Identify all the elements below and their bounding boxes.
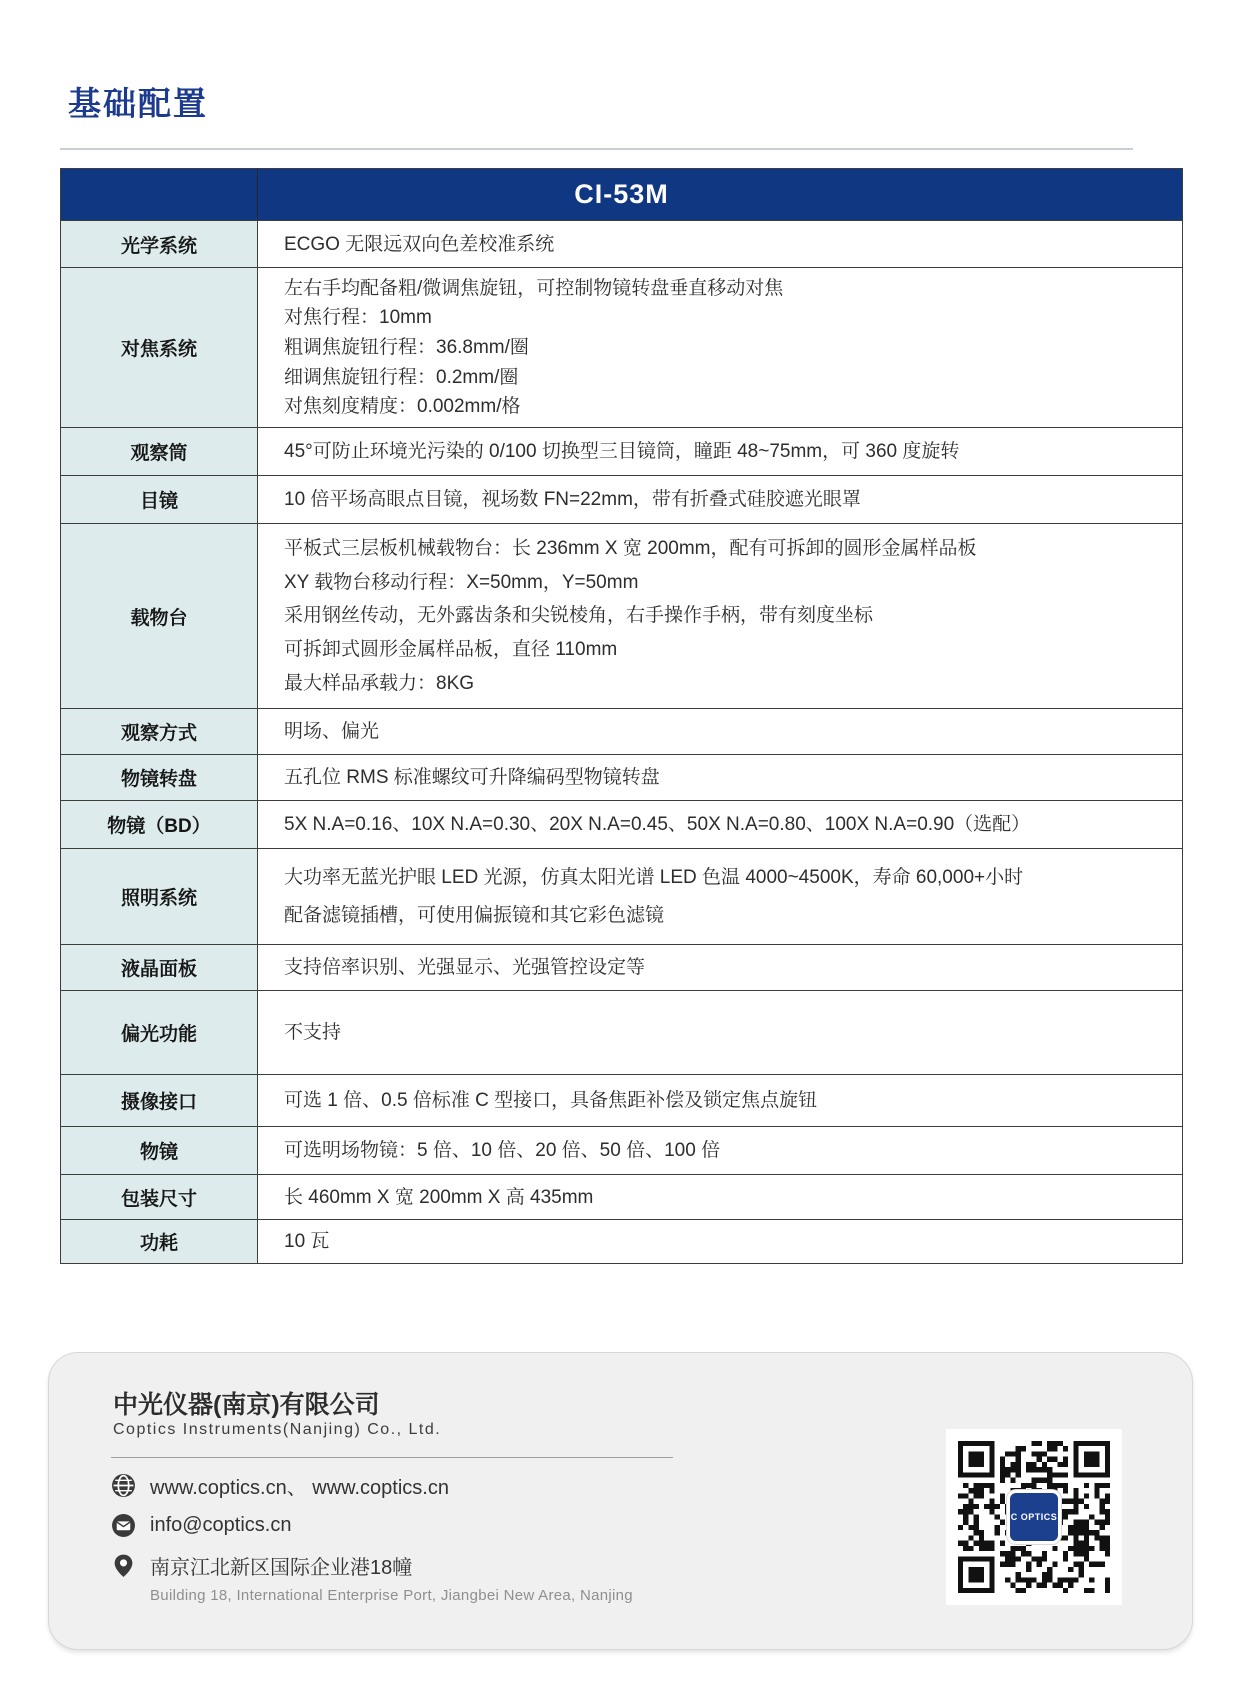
spec-row: 物镜（BD）5X N.A=0.16、10X N.A=0.30、20X N.A=0… [61, 800, 1182, 848]
spec-line: 长 460mm X 宽 200mm X 高 435mm [284, 1184, 1162, 1211]
model-name: CI-53M [61, 169, 1182, 220]
spec-value: 不支持 [258, 991, 1182, 1074]
spec-row: 观察筒45°可防止环境光污染的 0/100 切换型三目镜筒，瞳距 48~75mm… [61, 427, 1182, 475]
company-name-en: Coptics Instruments(Nanjing) Co., Ltd. [113, 1421, 441, 1439]
spec-row: 液晶面板支持倍率识别、光强显示、光强管控设定等 [61, 944, 1182, 990]
spec-value: 支持倍率识别、光强显示、光强管控设定等 [258, 945, 1182, 990]
footer-card: 中光仪器(南京)有限公司 Coptics Instruments(Nanjing… [48, 1352, 1193, 1650]
email-row: info@coptics.cn [111, 1513, 751, 1538]
spec-value: 五孔位 RMS 标准螺纹可升降编码型物镜转盘 [258, 755, 1182, 800]
qr-code: C OPTICS [958, 1441, 1110, 1593]
spec-row: 光学系统ECGO 无限远双向色差校准系统 [61, 220, 1182, 267]
website-row: www.coptics.cn、 www.coptics.cn [111, 1471, 751, 1500]
spec-row: 目镜10 倍平场高眼点目镜，视场数 FN=22mm，带有折叠式硅胶遮光眼罩 [61, 475, 1182, 523]
spec-value: 平板式三层板机械载物台：长 236mm X 宽 200mm，配有可拆卸的圆形金属… [258, 524, 1182, 708]
spec-line: 不支持 [284, 1019, 1162, 1046]
spec-row: 包装尺寸长 460mm X 宽 200mm X 高 435mm [61, 1174, 1182, 1219]
spec-line: 可选 1 倍、0.5 倍标准 C 型接口，具备焦距补偿及锁定焦点旋钮 [284, 1087, 1162, 1114]
spec-row: 照明系统大功率无蓝光护眼 LED 光源，仿真太阳光谱 LED 色温 4000~4… [61, 848, 1182, 944]
spec-line: 明场、偏光 [284, 718, 1162, 745]
spec-value: 可选明场物镜：5 倍、10 倍、20 倍、50 倍、100 倍 [258, 1127, 1182, 1174]
spec-row: 物镜可选明场物镜：5 倍、10 倍、20 倍、50 倍、100 倍 [61, 1126, 1182, 1174]
spec-line: 五孔位 RMS 标准螺纹可升降编码型物镜转盘 [284, 764, 1162, 791]
spec-line: 采用钢丝传动，无外露齿条和尖锐棱角，右手操作手柄，带有刻度坐标 [284, 602, 1162, 629]
address-text-cn: 南京江北新区国际企业港18幢 [150, 1551, 412, 1580]
contact-list: www.coptics.cn、 www.coptics.cn info@copt… [111, 1471, 751, 1604]
spec-line: 粗调焦旋钮行程：36.8mm/圈 [284, 334, 1162, 361]
spec-label: 偏光功能 [61, 991, 258, 1074]
spec-line: 可拆卸式圆形金属样品板，直径 110mm [284, 636, 1162, 663]
spec-row: 功耗10 瓦 [61, 1219, 1182, 1263]
spec-label: 摄像接口 [61, 1075, 258, 1126]
spec-label: 光学系统 [61, 221, 258, 267]
spec-line: 对焦行程：10mm [284, 304, 1162, 331]
spec-value: 明场、偏光 [258, 709, 1182, 754]
spec-line: 平板式三层板机械载物台：长 236mm X 宽 200mm，配有可拆卸的圆形金属… [284, 535, 1162, 562]
spec-line: 左右手均配备粗/微调焦旋钮，可控制物镜转盘垂直移动对焦 [284, 275, 1162, 302]
spec-line: 45°可防止环境光污染的 0/100 切换型三目镜筒，瞳距 48~75mm，可 … [284, 438, 1162, 465]
spec-line: 10 倍平场高眼点目镜，视场数 FN=22mm，带有折叠式硅胶遮光眼罩 [284, 486, 1162, 513]
spec-line: 5X N.A=0.16、10X N.A=0.30、20X N.A=0.45、50… [284, 811, 1162, 838]
spec-label: 液晶面板 [61, 945, 258, 990]
spec-row: 载物台平板式三层板机械载物台：长 236mm X 宽 200mm，配有可拆卸的圆… [61, 523, 1182, 708]
spec-value: 可选 1 倍、0.5 倍标准 C 型接口，具备焦距补偿及锁定焦点旋钮 [258, 1075, 1182, 1126]
address-text-en: Building 18, International Enterprise Po… [150, 1587, 751, 1604]
email-icon [111, 1513, 136, 1538]
spec-value: 10 瓦 [258, 1220, 1182, 1263]
table-body: 光学系统ECGO 无限远双向色差校准系统对焦系统左右手均配备粗/微调焦旋钮，可控… [61, 220, 1182, 1263]
spec-value: ECGO 无限远双向色差校准系统 [258, 221, 1182, 267]
spec-line: 最大样品承载力：8KG [284, 670, 1162, 697]
spec-value: 45°可防止环境光污染的 0/100 切换型三目镜筒，瞳距 48~75mm，可 … [258, 428, 1182, 475]
spec-value: 左右手均配备粗/微调焦旋钮，可控制物镜转盘垂直移动对焦对焦行程：10mm粗调焦旋… [258, 268, 1182, 427]
footer-divider [111, 1457, 673, 1458]
page: 基础配置 CI-53M 光学系统ECGO 无限远双向色差校准系统对焦系统左右手均… [0, 0, 1241, 1684]
spec-row: 观察方式明场、偏光 [61, 708, 1182, 754]
qr-code-box: C OPTICS [946, 1429, 1122, 1605]
email-text: info@coptics.cn [150, 1514, 291, 1537]
spec-value: 长 460mm X 宽 200mm X 高 435mm [258, 1175, 1182, 1219]
spec-row: 偏光功能不支持 [61, 990, 1182, 1074]
website-text: www.coptics.cn、 www.coptics.cn [150, 1471, 449, 1500]
spec-label: 观察筒 [61, 428, 258, 475]
spec-row: 摄像接口可选 1 倍、0.5 倍标准 C 型接口，具备焦距补偿及锁定焦点旋钮 [61, 1074, 1182, 1126]
title-divider [60, 148, 1133, 150]
location-pin-icon [111, 1553, 136, 1578]
globe-icon [111, 1473, 136, 1498]
spec-label: 包装尺寸 [61, 1175, 258, 1219]
spec-table: CI-53M 光学系统ECGO 无限远双向色差校准系统对焦系统左右手均配备粗/微… [60, 168, 1183, 1264]
spec-label: 观察方式 [61, 709, 258, 754]
spec-label: 物镜 [61, 1127, 258, 1174]
spec-label: 目镜 [61, 476, 258, 523]
spec-line: 大功率无蓝光护眼 LED 光源，仿真太阳光谱 LED 色温 4000~4500K… [284, 864, 1162, 891]
spec-label: 物镜（BD） [61, 801, 258, 848]
spec-line: XY 载物台移动行程：X=50mm，Y=50mm [284, 569, 1162, 596]
spec-label: 对焦系统 [61, 268, 258, 427]
spec-line: 可选明场物镜：5 倍、10 倍、20 倍、50 倍、100 倍 [284, 1137, 1162, 1164]
page-title: 基础配置 [68, 78, 208, 125]
spec-row: 对焦系统左右手均配备粗/微调焦旋钮，可控制物镜转盘垂直移动对焦对焦行程：10mm… [61, 267, 1182, 427]
spec-line: 配备滤镜插槽，可使用偏振镜和其它彩色滤镜 [284, 902, 1162, 929]
company-name-cn: 中光仪器(南京)有限公司 [113, 1385, 380, 1421]
table-header-row: CI-53M [61, 169, 1182, 220]
spec-line: ECGO 无限远双向色差校准系统 [284, 231, 1162, 258]
spec-label: 载物台 [61, 524, 258, 708]
spec-value: 5X N.A=0.16、10X N.A=0.30、20X N.A=0.45、50… [258, 801, 1182, 848]
spec-line: 10 瓦 [284, 1228, 1162, 1255]
spec-value: 大功率无蓝光护眼 LED 光源，仿真太阳光谱 LED 色温 4000~4500K… [258, 849, 1182, 944]
spec-line: 细调焦旋钮行程：0.2mm/圈 [284, 364, 1162, 391]
spec-value: 10 倍平场高眼点目镜，视场数 FN=22mm，带有折叠式硅胶遮光眼罩 [258, 476, 1182, 523]
spec-line: 支持倍率识别、光强显示、光强管控设定等 [284, 954, 1162, 981]
spec-row: 物镜转盘五孔位 RMS 标准螺纹可升降编码型物镜转盘 [61, 754, 1182, 800]
spec-line: 对焦刻度精度：0.002mm/格 [284, 393, 1162, 420]
qr-center-logo: C OPTICS [1007, 1490, 1061, 1544]
spec-label: 功耗 [61, 1220, 258, 1263]
address-row: 南京江北新区国际企业港18幢 [111, 1551, 751, 1580]
spec-label: 物镜转盘 [61, 755, 258, 800]
spec-label: 照明系统 [61, 849, 258, 944]
